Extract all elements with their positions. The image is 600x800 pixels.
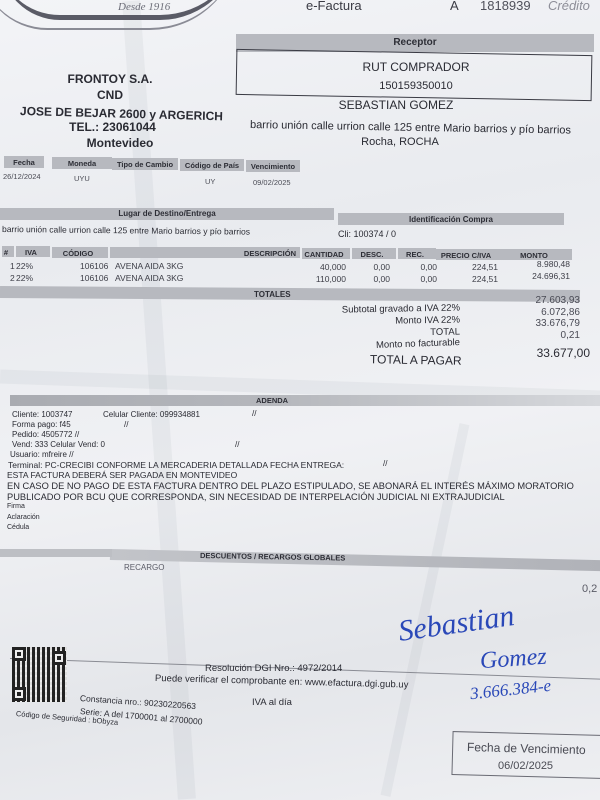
table-cell: 106106 [80, 273, 108, 283]
verify-url-text: Puede verificar el comprobante en: www.e… [155, 673, 409, 691]
table-cell: 1 [10, 261, 15, 271]
table-cell: 24.696,31 [500, 271, 570, 281]
issuer-phone: TEL.: 23061044 [40, 120, 185, 134]
adenda-notice-interest: EN CASO DE NO PAGO DE ESTA FACTURA DENTR… [7, 481, 574, 491]
info-header: Vencimiento [246, 162, 300, 171]
info-header: Moneda [52, 159, 112, 168]
purchase-id-value: Cli: 100374 / 0 [338, 229, 396, 239]
iva-status: IVA al día [252, 697, 292, 708]
separator: // [124, 420, 128, 429]
items-header: CÓDIGO [52, 249, 104, 258]
adenda-cliente: Cliente: 1003747 [12, 410, 73, 419]
separator: // [383, 459, 387, 468]
table-cell: 0,00 [397, 274, 437, 284]
invoice-paper: Desde 1916 e-Factura A 1818939 Crédito F… [0, 0, 600, 800]
id-label: Cédula [7, 524, 29, 531]
items-header: DESCRIPCIÓN [110, 249, 296, 258]
items-header: DESC. [352, 250, 392, 259]
items-header: CANTIDAD [302, 250, 346, 259]
totals-title: TOTALES [254, 290, 291, 299]
handwritten-last-name: Gomez [479, 644, 547, 676]
table-cell: 22% [16, 273, 33, 283]
signature-label: Firma [7, 503, 25, 510]
items-header: REC. [398, 250, 432, 259]
adenda-usuario: Usuario: mfreire // [10, 450, 74, 459]
table-cell: 224,51 [440, 274, 498, 284]
adenda-forma-pago: Forma pago: f45 [12, 420, 71, 429]
separator: // [252, 409, 256, 418]
due-date-value: 06/02/2025 [498, 760, 553, 772]
logo-tagline: Desde 1916 [118, 1, 170, 13]
info-value: 26/12/2024 [3, 172, 41, 181]
table-cell: AVENA AIDA 3KG [115, 261, 183, 271]
adenda-title: ADENDA [256, 396, 288, 405]
info-value: UYU [74, 174, 90, 183]
info-value: UY [205, 177, 215, 186]
handwritten-first-name: Sebastian [396, 599, 516, 649]
items-header: PRECIO C/IVA [436, 251, 496, 260]
grand-total-label: TOTAL A PAGAR [370, 352, 462, 368]
table-cell: 0,00 [350, 274, 390, 284]
doc-number: 1818939 [480, 0, 531, 13]
delivery-title: Lugar de Destino/Entrega [0, 209, 334, 218]
info-value: 09/02/2025 [253, 178, 291, 187]
issuer-city: Montevideo [40, 136, 200, 150]
qr-code [12, 647, 67, 702]
table-cell: 110,000 [300, 274, 346, 284]
items-header: IVA [16, 248, 46, 257]
table-cell: 8.980,48 [500, 259, 570, 269]
info-header: Fecha [4, 158, 44, 167]
rut-label: RUT COMPRADOR [236, 60, 596, 74]
totals-value: 27.603,93 [480, 295, 580, 306]
rut-value: 150159350010 [236, 80, 596, 92]
table-cell: 2 [10, 273, 15, 283]
grand-total-value: 33.677,00 [470, 346, 590, 360]
adenda-notice-bcu: PUBLICADO POR BCU QUE CORRESPONDA, SIN N… [7, 492, 505, 502]
receptor-name: SEBASTIAN GOMEZ [236, 98, 556, 112]
payment-type: Crédito [548, 0, 590, 13]
receptor-city: Rocha, ROCHA [300, 136, 500, 148]
receptor-title: Receptor [236, 37, 594, 48]
adenda-vendedor: Vend: 333 Celular Vend: 0 [12, 440, 105, 449]
adenda-celular-cliente: Celular Cliente: 099934881 [103, 410, 200, 419]
clarification-label: Aclaración [7, 514, 40, 521]
separator: // [235, 440, 239, 449]
delivery-address: barrio unión calle urrion calle 125 entr… [2, 224, 250, 237]
discount-type: RECARGO [124, 563, 164, 572]
doc-serie: A [450, 0, 459, 13]
table-cell: 22% [16, 261, 33, 271]
totals-value: 33.676,79 [480, 318, 580, 329]
receptor-address: barrio unión calle urrion calle 125 entr… [250, 119, 571, 137]
table-cell: 0,00 [350, 262, 390, 272]
items-header: # [2, 248, 10, 257]
table-cell: 0,00 [397, 262, 437, 272]
adenda-notice-payment-place: ESTA FACTURA DEBERÁ SER PAGADA EN MONTEV… [7, 470, 237, 480]
purchase-id-title: Identificación Compra [338, 215, 564, 224]
doc-type: e-Factura [306, 0, 362, 13]
discount-value: 0,2 [582, 583, 597, 595]
adenda-terminal: Terminal: PC-CRECIBI CONFORME LA MERCADE… [8, 460, 344, 470]
issuer-line2: CND [40, 88, 180, 102]
totals-value: 0,21 [480, 330, 580, 341]
info-header: Código de País [180, 161, 244, 170]
table-cell: AVENA AIDA 3KG [115, 273, 183, 283]
info-header: Tipo de Cambio [112, 160, 178, 169]
table-cell: 224,51 [440, 262, 498, 272]
table-cell: 40,000 [300, 262, 346, 272]
totals-value: 6.072,86 [480, 307, 580, 318]
handwritten-id-number: 3.666.384-e [469, 676, 552, 704]
table-cell: 106106 [80, 261, 108, 271]
adenda-pedido: Pedido: 4505772 // [12, 430, 79, 439]
issuer-name: FRONTOY S.A. [40, 72, 180, 86]
dgi-resolution: Resolución DGI Nro.: 4972/2014 [205, 663, 342, 674]
